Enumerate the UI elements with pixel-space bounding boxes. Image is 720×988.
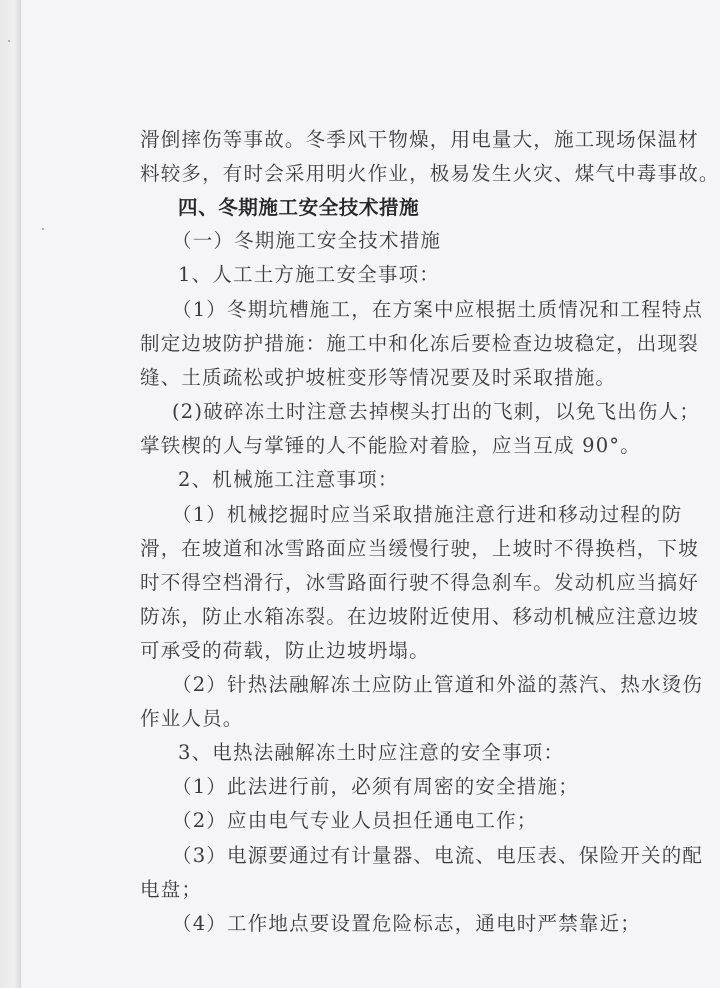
item-heading: 1、人工土方施工安全事项：: [178, 263, 440, 287]
body-text-line: （4）工作地点要设置危险标志，通电时严禁靠近；: [172, 912, 641, 936]
body-text-line: 掌铁楔的人与掌锤的人不能脸对着脸，应当互成 90°。: [140, 434, 641, 458]
body-text-line: 滑，在坡道和冰雪路面应当缓慢行驶，上坡时不得换档，下坡: [140, 537, 699, 561]
body-text-line: （2）针热法融解冻土应防止管道和外溢的蒸汽、热水烫伤: [172, 673, 703, 697]
body-text-line: 缝、土质疏松或护坡桩变形等情况要及时采取措施。: [140, 366, 616, 390]
body-text-line: 防冻，防止水箱冻裂。在边坡附近使用、移动机械应注意边坡: [140, 605, 699, 629]
body-text-line: 料较多，有时会采用明火作业，极易发生火灾、煤气中毒事故。: [140, 162, 720, 186]
body-text-line: （3）电源要通过有计量器、电流、电压表、保险开关的配: [172, 844, 703, 868]
subsection-heading: （一）冬期施工安全技术措施: [172, 229, 441, 253]
item-heading: 3、电热法融解冻土时应注意的安全事项：: [178, 741, 564, 765]
body-text-line: (2)破碎冻土时注意去掉楔头打出的飞刺，以免飞出伤人；: [172, 400, 700, 424]
body-text-line: 可承受的荷载，防止边坡坍塌。: [140, 639, 430, 663]
body-text-line: （1）此法进行前，必须有周密的安全措施；: [172, 775, 579, 799]
section-heading: 四、冬期施工安全技术措施: [178, 196, 419, 220]
body-text-line: 滑倒摔伤等事故。冬季风干物燥，用电量大，施工现场保温材: [140, 128, 699, 152]
body-text-line: 制定边坡防护措施：施工中和化冻后要检查边坡稳定，出现裂: [140, 332, 699, 356]
item-heading: 2、机械施工注意事项：: [178, 468, 399, 492]
body-text-line: （1）冬期坑槽施工，在方案中应根据土质情况和工程特点: [172, 298, 703, 322]
body-text-line: 作业人员。: [140, 707, 244, 731]
scan-binding-edge: [0, 0, 21, 988]
body-text-line: 电盘；: [140, 878, 202, 902]
scan-speck: [42, 228, 44, 230]
body-text-line: （1）机械挖掘时应当采取措施注意行进和移动过程的防: [172, 503, 682, 527]
body-text-line: 时不得空档滑行，冰雪路面行驶不得急刹车。发动机应当搞好: [140, 571, 699, 595]
body-text-line: （2）应由电气专业人员担任通电工作；: [172, 809, 538, 833]
scan-speck: [8, 40, 10, 42]
